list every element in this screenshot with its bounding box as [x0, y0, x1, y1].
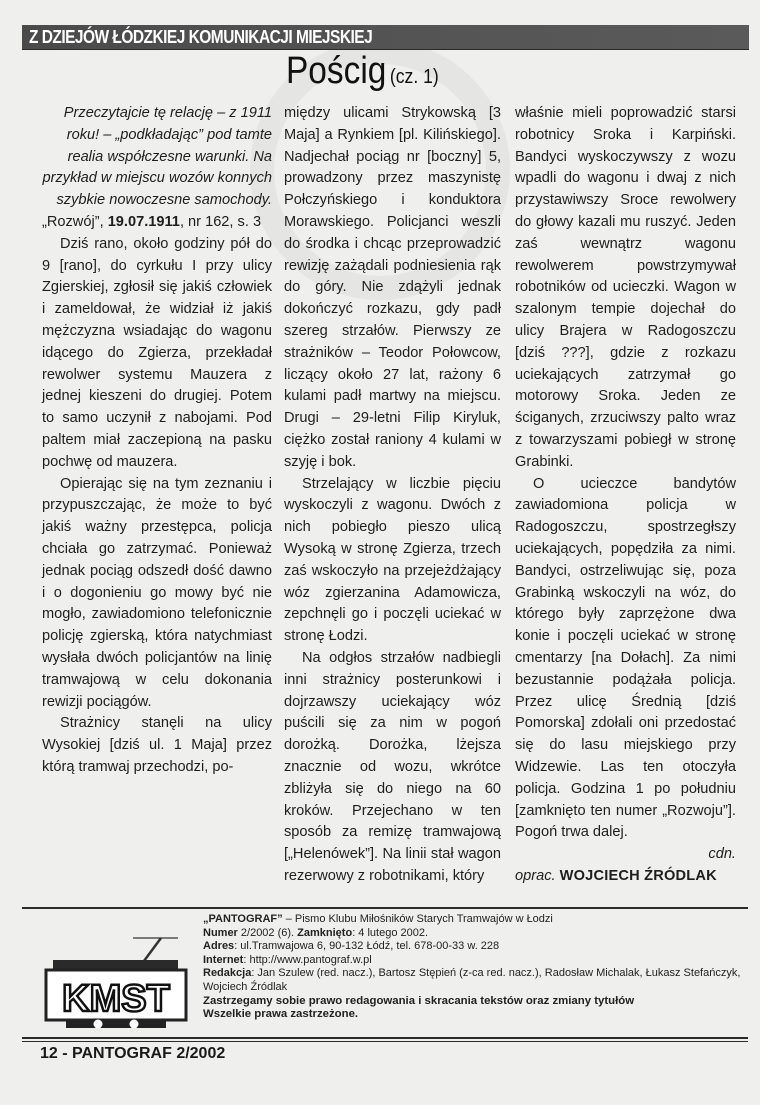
issue-value: 2/2002 (6).	[238, 927, 297, 939]
author-prefix: oprac.	[515, 868, 560, 884]
address-label: Adres	[203, 940, 234, 952]
footer-bottom-rule-1	[22, 1037, 748, 1039]
svg-text:KMST: KMST	[62, 978, 170, 1020]
internet-label: Internet	[203, 954, 243, 966]
rights-notice: Zastrzegamy sobie prawo redagowania i sk…	[203, 995, 748, 1009]
article-title: Pościg(cz. 1)	[286, 50, 439, 93]
publication-desc: – Pismo Klubu Miłośników Starych Tramwaj…	[283, 913, 553, 925]
section-header-bar: Z DZIEJÓW ŁÓDZKIEJ KOMUNIKACJI MIEJSKIEJ	[22, 25, 749, 50]
footer-bottom-rule-2	[22, 1041, 748, 1042]
kmst-tram-logo-icon: KMST	[38, 918, 188, 1028]
editorial-label: Redakcja	[203, 967, 251, 979]
address-value: : ul.Tramwajowa 6, 90-132 Łódź, tel. 678…	[234, 940, 499, 952]
imprint-issue: Numer 2/2002 (6). Zamknięto: 4 lutego 20…	[203, 927, 748, 941]
editorial-intro: Przeczytajcie tę relację – z 1911 roku! …	[42, 103, 272, 212]
paragraph: właśnie mieli poprowadzić starsi robotni…	[515, 103, 736, 474]
imprint-editorial: Redakcja: Jan Szulew (red. nacz.), Barto…	[203, 967, 748, 994]
footer-top-rule	[22, 907, 748, 909]
section-title: Z DZIEJÓW ŁÓDZKIEJ KOMUNIKACJI MIEJSKIEJ	[29, 27, 372, 48]
article-title-main: Pościg	[286, 50, 386, 92]
source-issue: , nr 162, s. 3	[180, 214, 261, 230]
source-newspaper: „Rozwój”,	[42, 214, 108, 230]
closed-value: : 4 lutego 2002.	[352, 927, 428, 939]
editorial-value: : Jan Szulew (red. nacz.), Bartosz Stępi…	[203, 967, 740, 993]
imprint-internet: Internet: http://www.pantograf.w.pl	[203, 954, 748, 968]
source-citation: „Rozwój”, 19.07.1911, nr 162, s. 3	[42, 212, 272, 234]
author-credit: oprac. WOJCIECH ŹRÓDLAK	[515, 866, 736, 888]
imprint-address: Adres: ul.Tramwajowa 6, 90-132 Łódź, tel…	[203, 940, 748, 954]
publication-name: „PANTOGRAF”	[203, 913, 283, 925]
issue-label: Numer	[203, 927, 238, 939]
paragraph: Dziś rano, około godziny pół do 9 [rano]…	[42, 234, 272, 474]
article-column-1: Przeczytajcie tę relację – z 1911 roku! …	[42, 103, 272, 779]
source-date: 19.07.1911	[108, 214, 180, 230]
page-number: 12 - PANTOGRAF 2/2002	[40, 1045, 225, 1063]
article-column-2: między ulicami Strykowską [3 Maja] a Ryn…	[284, 103, 501, 888]
imprint-publication: „PANTOGRAF” – Pismo Klubu Miłośników Sta…	[203, 913, 748, 927]
article-title-part: (cz. 1)	[390, 66, 439, 88]
website-link[interactable]: : http://www.pantograf.w.pl	[243, 954, 371, 966]
paragraph: Na odgłos strzałów nadbiegli inni strażn…	[284, 648, 501, 888]
paragraph: Opierając się na tym zeznaniu i przypusz…	[42, 474, 272, 714]
paragraph: między ulicami Strykowską [3 Maja] a Ryn…	[284, 103, 501, 474]
author-name: WOJCIECH ŹRÓDLAK	[560, 868, 717, 884]
closed-label: Zamknięto	[297, 927, 352, 939]
continued-marker: cdn.	[515, 844, 736, 866]
paragraph: Strzelający w liczbie pięciu wyskoczyli …	[284, 474, 501, 648]
copyright-notice: Wszelkie prawa zastrzeżone.	[203, 1008, 748, 1022]
article-column-3: właśnie mieli poprowadzić starsi robotni…	[515, 103, 736, 888]
masthead-imprint: „PANTOGRAF” – Pismo Klubu Miłośników Sta…	[203, 913, 748, 1022]
paragraph: Strażnicy stanęli na ulicy Wysokiej [dzi…	[42, 713, 272, 778]
paragraph: O ucieczce bandytów zawiadomiona policja…	[515, 474, 736, 845]
